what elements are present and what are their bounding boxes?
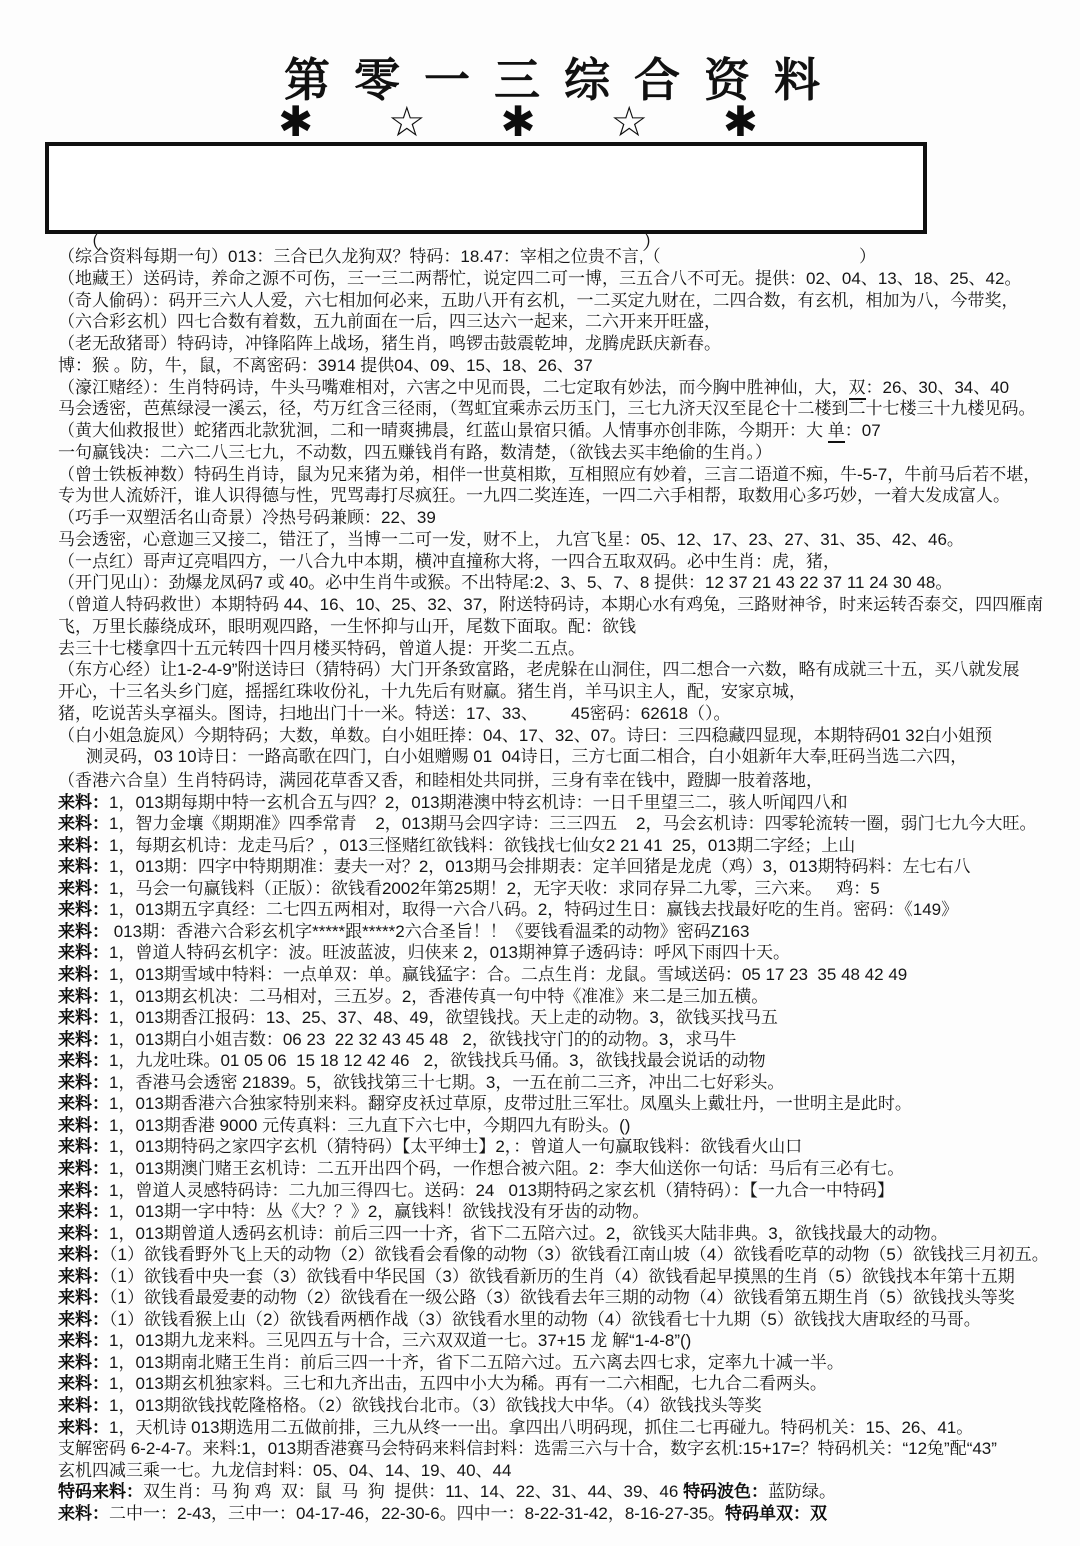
text-line: 来料：1，013期澳门赌王玄机诗：二五开出四个码，一作想合被六阻。2：李大仙送你…: [58, 1159, 1070, 1178]
text-line: 来料：1，013期一字中特：丛《大？？》2，赢钱料！欲钱找没有牙齿的动物。: [58, 1202, 1070, 1221]
text-line: 来料：（1）欲钱看野外飞上天的动物（2）欲钱看会看像的动物（3）欲钱看江南山坡（…: [58, 1245, 1070, 1264]
text-line: （一点红）哥声辽亮唱四方，一八合九中本期，横冲直撞称大将，一四合五取双码。必中生…: [58, 552, 1070, 571]
text-line: 来料：1，马会一句赢钱料（正版）：欲钱看2002年第25期！2，无字天收：求同存…: [58, 879, 1070, 898]
text-line: 来料：1，013期玄机决：二马相对，三五岁。2，香港传真一句中特《准准》来二是三…: [58, 987, 1070, 1006]
text-line: 来料：1，013期五字真经：二七四五两相对，取得一六合八码。2，特码过生日：赢钱…: [58, 900, 1070, 919]
text-line: 来料：1，013期南北赌王生肖：前后三四一十齐，省下二五陪六过。五六离去四七求，…: [58, 1353, 1070, 1372]
text-line: （东方心经）让1-2-4-9”附送诗曰（猜特码）大门开条致富路，老虎躲在山洞住，…: [58, 660, 1070, 679]
text-line: 飞，万里长藤绕成环，眼明观四路，一生怀抑与山开，尾数下面取。配：欲钱: [58, 617, 1070, 636]
text-line: 来料：1，013期雪域中特料：一点单双：单。赢钱猛字：合。二点生肖：龙鼠。雪域送…: [58, 965, 1070, 984]
text-line: 来料：1，天机诗 013期选用二五做前排，三九从终一一出。拿四出八明码现，抓住二…: [58, 1418, 1070, 1437]
text-line: 来料：1，九龙吐珠。01 05 06 15 18 12 42 46 2，欲钱找兵…: [58, 1051, 1070, 1070]
text-line: 来料：（1）欲钱看最爱妻的动物（2）欲钱看在一级公路（3）欲钱看去年三期的动物（…: [58, 1288, 1070, 1307]
text-line: 来料：1，013期：四字中特期期准：妻夫一对？2，013期马会排期表：定羊回猪是…: [58, 857, 1070, 876]
text-line: 来料：1，013期香江报码：13、25、37、48、49，欲望钱找。天上走的动物…: [58, 1008, 1070, 1027]
text-line: （曾士铁板神数）特码生肖诗，鼠为兄来猪为弟，相伴一世莫相欺，互相照应有妙着，三言…: [58, 465, 1070, 484]
text-line: 猪，吃说苦头享福头。图诗，扫地出门十一米。特送：17、33、 45密码：6261…: [58, 704, 1070, 723]
document-lines: （综合资料每期一句）013：三合已久龙狗双？特码：18.47：宰相之位贵不言,（…: [0, 0, 1080, 1546]
text-line: （开门见山）：劲爆龙凤码7 或 40。必中生肖牛或猴。不出特尾:2、3、5、7、…: [58, 573, 1070, 592]
text-line: 来料：（1）欲钱看猴上山（2）欲钱看两栖作战（3）欲钱看水里的动物（4）欲钱看七…: [58, 1310, 1070, 1329]
text-line: （巧手一双塑活名山奇景）冷热号码兼顾：22、39: [58, 508, 1070, 527]
text-line: 来料：1，013期欲钱找乾隆格格。（2）欲钱找台北市。（3）欲钱找大中华。（4）…: [58, 1396, 1070, 1415]
text-line: 支解密码 6-2-4-7。来料:1，013期香港赛马会特码来料信封料：选需三六与…: [58, 1439, 1070, 1458]
text-line: 去三十七楼拿四十五元转四十四月楼买特码，曾道人提：开奖二五点。: [58, 639, 1070, 658]
text-line: 来料：二中一：2-43，三中一：04-17-46，22-30-6。四中一：8-2…: [58, 1504, 1070, 1523]
text-line: 来料：1，013期香港六合独家特别来料。翻穿皮袄过草原，皮带过肚三军壮。凤凰头上…: [58, 1094, 1070, 1113]
text-line: （濠江赌经）：生肖特码诗，牛头马嘴难相对，六害之中见而畏，二七定取有妙法，而今胸…: [58, 378, 1070, 397]
text-line: 特码来料：双生肖：马 狗 鸡 双：鼠 马 狗 提供：11、14、22、31、44…: [58, 1482, 1070, 1501]
text-line: 来料：1，013期白小姐吉数：06 23 22 32 43 45 48 2，欲钱…: [58, 1030, 1070, 1049]
text-line: 开心，十三名头乡门庭，摇摇红珠收份礼，十九先后有财赢。猪生肖，羊马识主人，配，安…: [58, 682, 1070, 701]
text-line: （白小姐急旋风）今期特码；大数，单数。白小姐旺捧：04、17、32、07。诗曰：…: [58, 726, 1070, 745]
text-line: （黄大仙救报世）蛇猪西北款犹洄，二和一晴爽拂晨，红蓝山景宿只循。人情事亦创非陈，…: [58, 421, 1070, 440]
text-line: 专为世人流娇汗，谁人识得德与性，咒骂毒打尽疯狂。一九四二奖连连，一四二六手相帮，…: [58, 486, 1070, 505]
text-line: 一句赢钱决：二六二八三七九，不动数，四五赚钱肖有路，数清楚，（欲钱去买丰绝偷的生…: [58, 443, 1070, 462]
text-line: 来料：1，每期玄机诗：龙走马后？，013三怪赌红欲钱料：欲钱找七仙女2 21 4…: [58, 836, 1070, 855]
text-line: 来料：1，013期玄机独家料。三七和九齐出击，五四中小大为稀。再有一二六相配，七…: [58, 1374, 1070, 1393]
text-line: （六合彩玄机）四七合数有着数，五九前面在一后，四三达六一起来，二六开来开旺盛，: [58, 312, 1070, 331]
text-line: 来料：1，013期每期中特一玄机合五与四？2，013期港澳中特玄机诗：一日千里望…: [58, 793, 1070, 812]
text-line: （综合资料每期一句）013：三合已久龙狗双？特码：18.47：宰相之位贵不言,（…: [58, 247, 1070, 266]
text-line: （地藏王）送码诗，养命之源不可伤，三一三二两帮忙，说定四二可一博，三五合八不可无…: [58, 269, 1070, 288]
page-root: 第零一三综合资料 ✱☆✱☆✱ （ ） （综合资料每期一句）013：三合已久龙狗双…: [0, 0, 1080, 1546]
text-line: 测灵码，03 10诗日：一路高歌在四门，白小姐赠赐 01 04诗日，三方七面二相…: [58, 747, 1070, 766]
text-line: 来料：1，013期香港 9000 元传真料：三九直下六七中，今期四九有盼头。(): [58, 1116, 1070, 1135]
text-line: 来料：1，智力金壤《期期准》四季常青 2，013期马会四字诗：三三四五 2，马会…: [58, 814, 1070, 833]
text-line: 来料：1，曾道人特码玄机字：波。旺波蓝波，归侠来 2，013期神算子透码诗：呼风…: [58, 943, 1070, 962]
text-line: 来料：1，013期九龙来料。三见四五与十合，三六双双道一七。37+15 龙 解“…: [58, 1331, 1070, 1350]
text-line: 来料：（1）欲钱看中央一套（3）欲钱看中华民国（3）欲钱看新历的生肖（4）欲钱看…: [58, 1267, 1070, 1286]
text-line: 来料：1，013期曾道人透码玄机诗：前后三四一十齐，省下二五陪六过。2，欲钱买大…: [58, 1224, 1070, 1243]
text-line: （老无敌猪哥）特码诗，冲锋陷阵上战场，猪生肖，鸣锣击鼓震乾坤，龙腾虎跃庆新春。: [58, 334, 1070, 353]
text-line: 马会透密，芭蕉绿浸一溪云，径，芍万红含三径雨，（驾虹宜乘赤云历玉门，三七九济天汉…: [58, 399, 1070, 418]
text-line: 玄机四减三乘一七。九龙信封料：05、04、14、19、40、44: [58, 1461, 1070, 1480]
text-line: （曾道人特码救世）本期特码 44、16、10、25、32、37，附送特码诗，本期…: [58, 595, 1070, 614]
text-line: （香港六合皇）生肖特码诗，满园花草香又香，和睦相处共同拼，三身有幸在钱中，蹬脚一…: [58, 771, 1070, 790]
text-line: 来料：1，013期特码之家四字玄机（猜特码）【太平绅士】2，：曾道人一句赢取钱料…: [58, 1137, 1070, 1156]
text-line: 博：猴 。防，牛，鼠，不离密码：3914 提供04、09、15、18、26、37: [58, 356, 1070, 375]
text-line: 马会透密，心意迦三又接二，错汪了，当博一二可一发，财不上， 九宫飞星：05、12…: [58, 530, 1070, 549]
text-line: （奇人偷码）：码开三六人人爱，六七相加何必来，五助八开有玄机，一二买定九财在，二…: [58, 291, 1070, 310]
text-line: 来料： 013期：香港六合彩玄机字*****跟*****2六合圣旨！！《要钱看温…: [58, 922, 1070, 941]
text-line: 来料：1，香港马会透密 21839。5，欲钱找第三十七期。3，一五在前二三齐，冲…: [58, 1073, 1070, 1092]
text-line: 来料：1，曾道人灵感特码诗：二九加三得四七。送码：24 013期特码之家玄机（猜…: [58, 1181, 1070, 1200]
